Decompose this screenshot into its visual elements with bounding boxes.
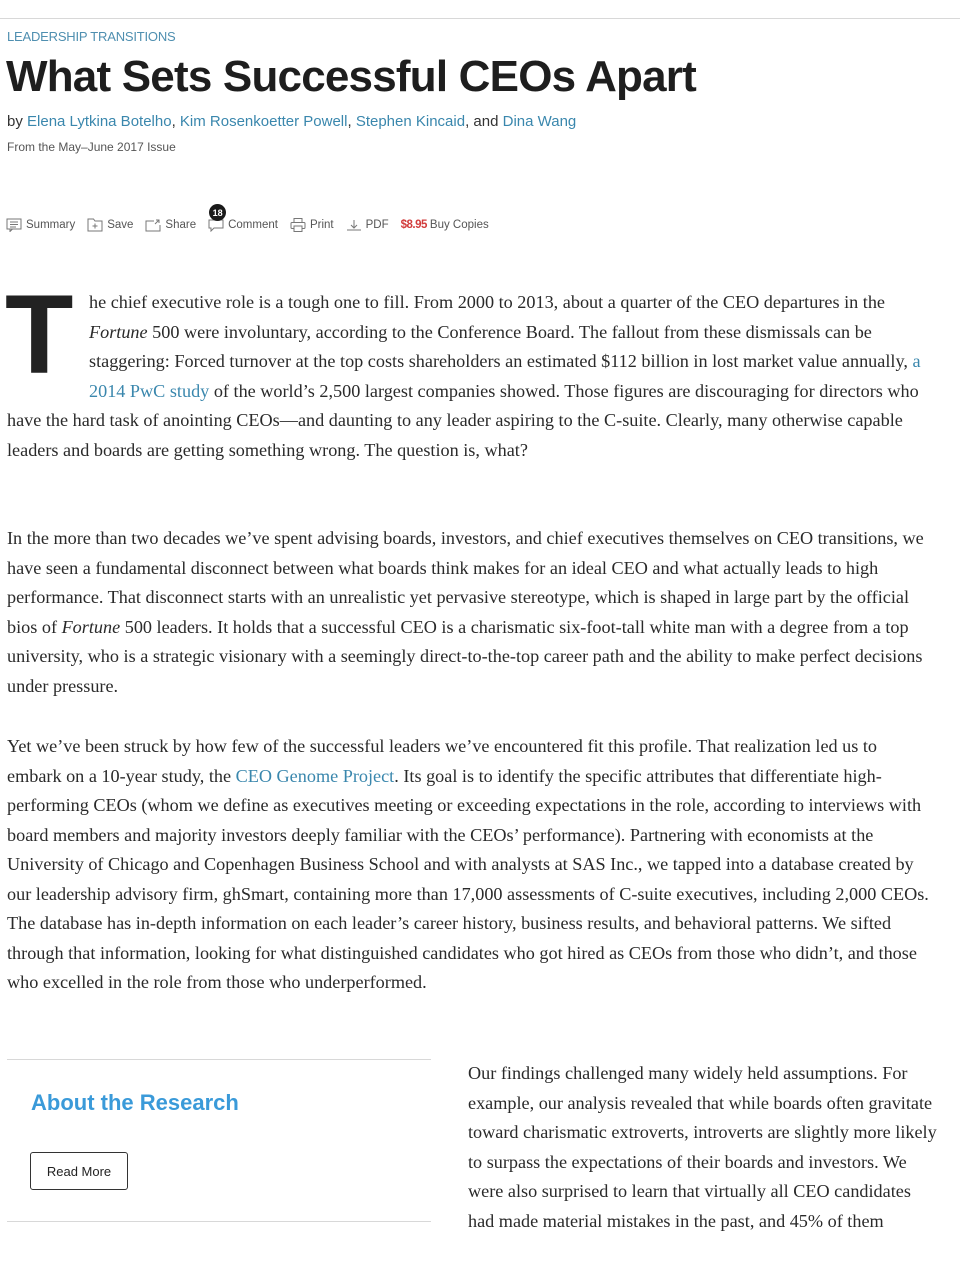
- byline-separator: ,: [347, 113, 355, 130]
- printer-icon: [290, 218, 306, 232]
- share-icon: [145, 218, 161, 232]
- author-link-botelho[interactable]: Elena Lytkina Botelho: [27, 113, 172, 130]
- sidebar-top-divider: [7, 1059, 431, 1060]
- page-title: What Sets Successful CEOs Apart: [6, 52, 696, 102]
- download-icon: [346, 218, 362, 232]
- save-button[interactable]: Save: [87, 218, 133, 232]
- article-paragraph-2: In the more than two decades we’ve spent…: [7, 524, 932, 701]
- byline-prefix: by: [7, 113, 27, 130]
- author-link-wang[interactable]: Dina Wang: [503, 113, 577, 130]
- paragraph-text: he chief executive role is a tough one t…: [89, 292, 885, 312]
- paragraph-text: 500 were involuntary, according to the C…: [89, 322, 912, 372]
- buy-copies-label: Buy Copies: [430, 219, 489, 231]
- topic-kicker[interactable]: LEADERSHIP TRANSITIONS: [7, 29, 176, 44]
- paragraph-text: 500 leaders. It holds that a successful …: [7, 617, 922, 696]
- save-icon: [87, 218, 103, 232]
- comment-label: Comment: [228, 219, 278, 231]
- ceo-genome-project-link[interactable]: CEO Genome Project: [236, 766, 395, 786]
- read-more-button[interactable]: Read More: [30, 1152, 128, 1190]
- summary-button[interactable]: Summary: [6, 218, 75, 232]
- byline-separator: , and: [465, 113, 503, 130]
- share-label: Share: [165, 219, 196, 231]
- author-link-powell[interactable]: Kim Rosenkoetter Powell: [180, 113, 348, 130]
- article-paragraph-4: Our findings challenged many widely held…: [468, 1059, 938, 1236]
- pdf-button[interactable]: PDF: [346, 218, 389, 232]
- summary-icon: [6, 218, 22, 232]
- print-label: Print: [310, 219, 334, 231]
- comment-count-badge: 18: [209, 204, 226, 221]
- byline: by Elena Lytkina Botelho, Kim Rosenkoett…: [7, 113, 576, 130]
- sidebar-title: About the Research: [31, 1090, 239, 1116]
- share-button[interactable]: Share: [145, 218, 196, 232]
- publication-name: Fortune: [62, 617, 121, 637]
- pdf-label: PDF: [366, 219, 389, 231]
- issue-date: From the May–June 2017 Issue: [7, 140, 176, 154]
- author-link-kincaid[interactable]: Stephen Kincaid: [356, 113, 465, 130]
- byline-separator: ,: [172, 113, 180, 130]
- article-paragraph-1: The chief executive role is a tough one …: [7, 288, 932, 465]
- summary-label: Summary: [26, 219, 75, 231]
- paragraph-text: . Its goal is to identify the specific a…: [7, 766, 929, 993]
- comment-button[interactable]: 18 Comment: [208, 218, 278, 232]
- sidebar-bottom-divider: [7, 1221, 431, 1222]
- publication-name: Fortune: [89, 322, 148, 342]
- article-paragraph-3: Yet we’ve been struck by how few of the …: [7, 732, 932, 998]
- buy-copies-button[interactable]: $8.95 Buy Copies: [401, 219, 489, 231]
- price: $8.95: [401, 219, 427, 231]
- top-divider: [0, 18, 960, 19]
- save-label: Save: [107, 219, 133, 231]
- article-toolbar: Summary Save Share 18 Comment Print PDF …: [6, 218, 501, 232]
- print-button[interactable]: Print: [290, 218, 334, 232]
- drop-cap: T: [5, 292, 79, 382]
